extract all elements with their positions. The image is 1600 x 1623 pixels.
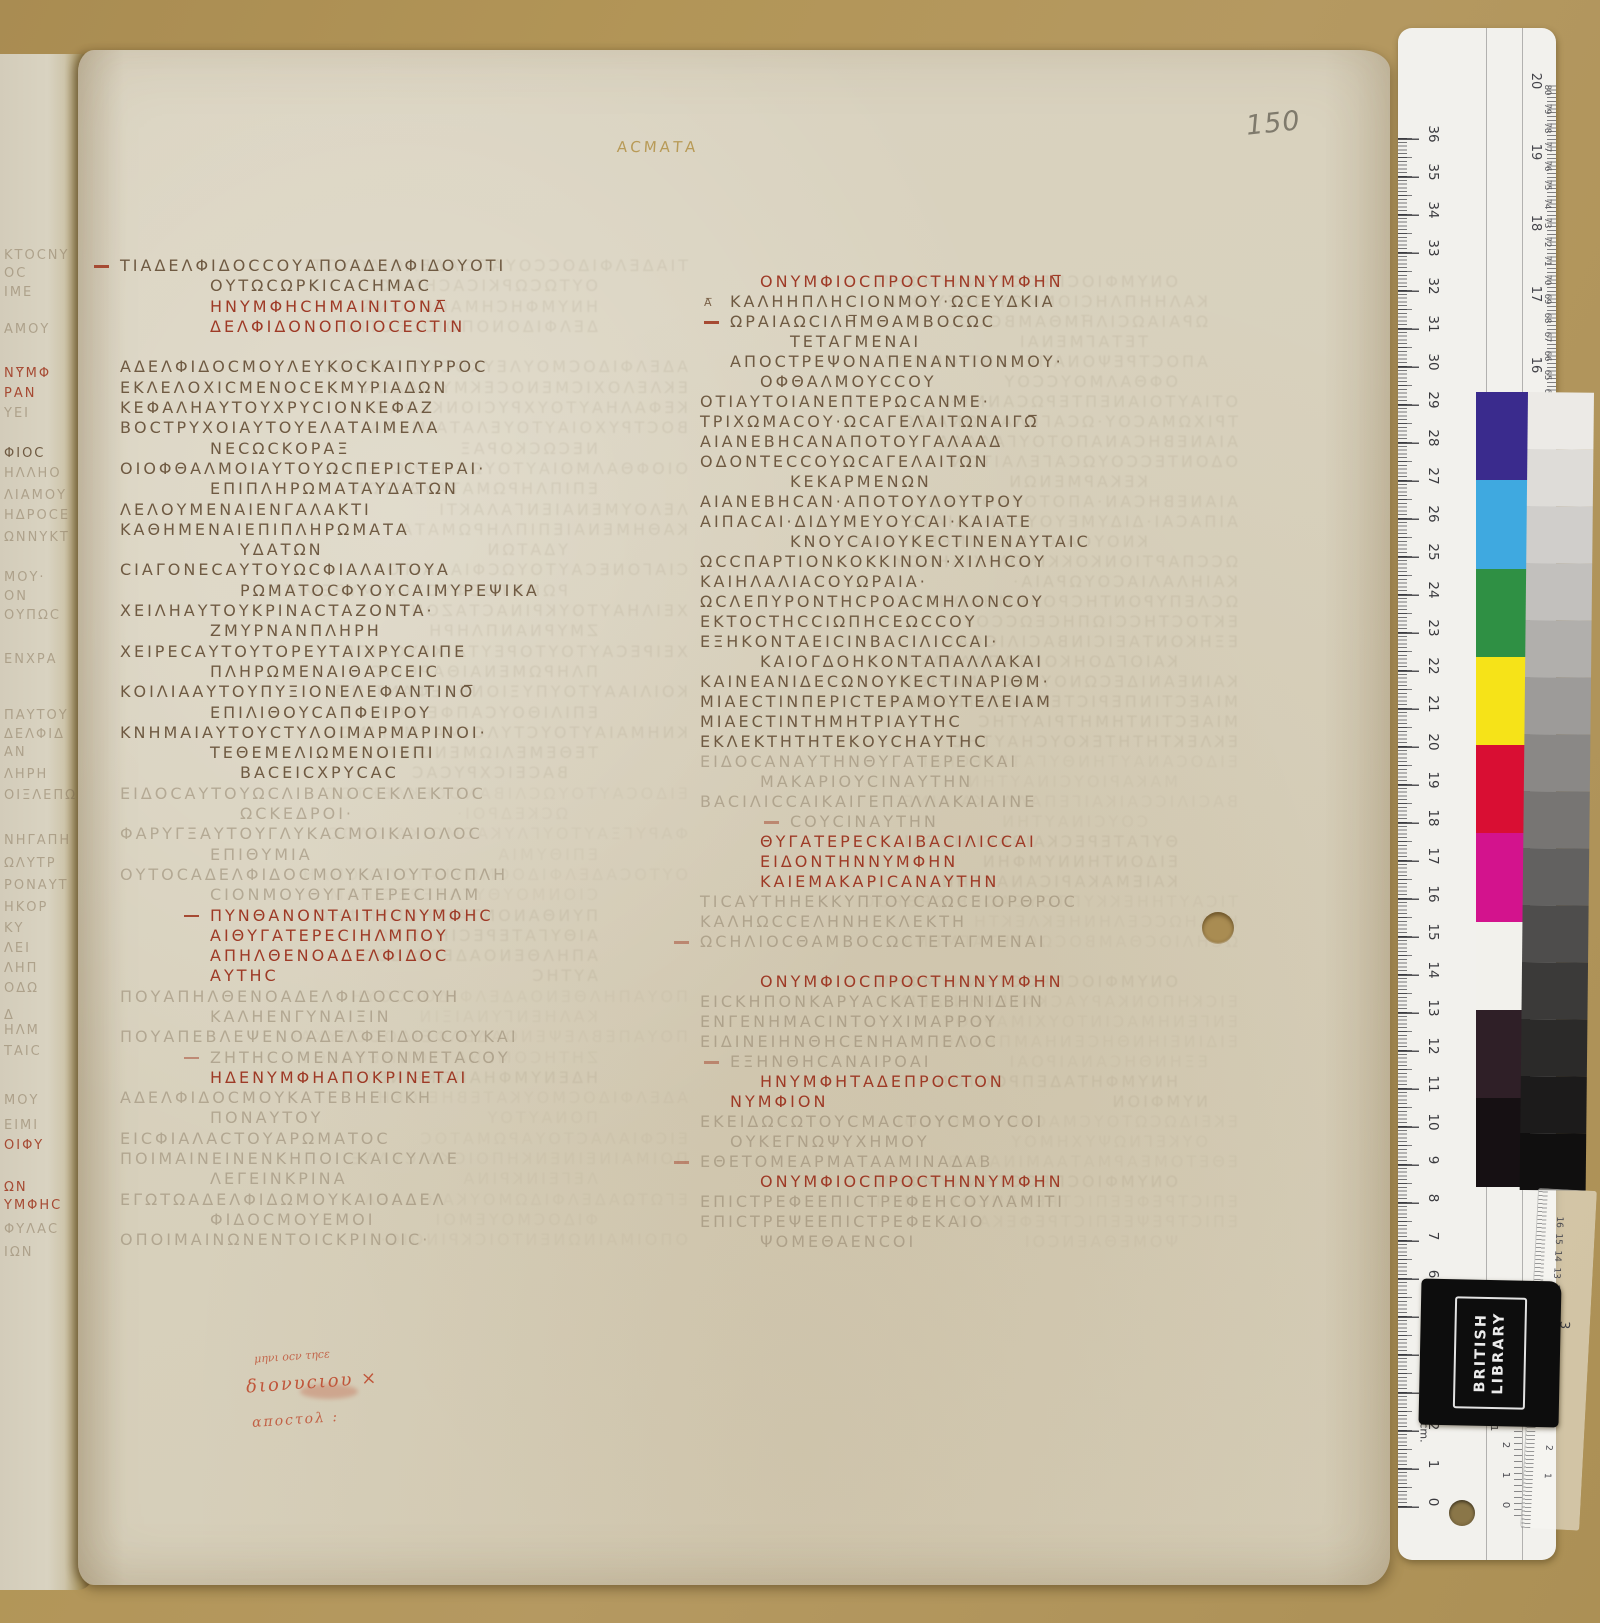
manuscript-line: ΥΔΑΤΩΝ [240,540,680,560]
ruler-fine-number: 65 [1540,368,1554,382]
manuscript-line: ΕΙCΚΗΠΟΝΚΑΡΥΑCΚΑΤΕΒΗΝΙΔΕΙΝ [700,992,1230,1012]
ruler-cm-number: 32 [1426,275,1440,297]
manuscript-line: ΦΑΡΥΓΞΑΥΤΟΥΓΛΥΚΑCΜΟΙΚΑΙΟΛΟC [120,824,680,844]
manuscript-line: ΚΑΛΗΩCCΕΛΗΝΗΕΚΛΕΚΤΗ [700,912,1230,932]
ruler-fine-number: 71 [1540,254,1554,268]
edge-text-fragment: ΩΝΝΥΚΤ [4,530,70,545]
manuscript-line: ΤΙCΑΥΤΗΗΕΚΚΥΠΤΟΥCΑΩCΕΙΟΡΘΡΟC [700,892,1230,912]
ruler-cm-number: 24 [1426,579,1440,601]
manuscript-line: ΟΥΚΕΓΝΩΨΥΧΗΜΟΥ [730,1132,1230,1152]
gray-step [1524,677,1591,735]
ruler-cm-number: 35 [1426,161,1440,183]
paragraphos-mark [184,1057,199,1060]
manuscript-line: ΟΙΟΦΘΑΛΜΟΙΑΥΤΟΥΩCΠΕΡΙCΤΕΡΑΙ· [120,459,680,479]
ruler-cm-number: 36 [1426,123,1440,145]
manuscript-line: ΟΤΙΑΥΤΟΙΑΝΕΠΤΕΡΩCΑΝΜΕ· [700,392,1230,412]
secondary-ruler-number: 2 [1543,1445,1553,1451]
manuscript-line: ΑΙΠΑCΑΙ·ΔΙΔΥΜΕΥΟΥCΑΙ·ΚΑΙΑΤΕ [700,512,1230,532]
manuscript-line: ΟΥΤΟCΑΔΕΛΦΙΔΟCΜΟΥΚΑΙΟΥΤΟCΠΛΗ [120,865,680,885]
edge-text-fragment: ΜΟΥ· [4,570,46,585]
ruler-fine-number: 78 [1540,121,1554,135]
manuscript-line: ΖΜΥΡΝΑΝΠΛΗΡΗ [210,621,680,641]
folio-number: 150 [1245,105,1302,142]
secondary-ruler-number: 16 [1554,1216,1565,1228]
edge-text-fragment: ΝΥ̅ΜΦ [4,366,51,381]
manuscript-line: ΑΠΟCΤΡΕΨΟΝΑΠΕΝΑΝΤΙΟΝΜΟΥ· [730,352,1230,372]
manuscript-line: ΕΠΙΛΙΘΟΥCΑΠΦΕΙΡΟΥ [210,703,680,723]
color-patch [1476,657,1530,745]
manuscript-line: ΑΥΤΗC [210,966,680,986]
manuscript-line: ΕΠΙCΤΡΕΨΕΕΠΙCΤΡΕΦΕΚΑΙΟ [700,1212,1230,1232]
manuscript-line: ΟΥΤΩCΩΡΚΙCΑCΗΜΑC [210,276,680,296]
ruler-fine-number: 70 [1540,273,1554,287]
edge-text-fragment: ΔΕΛΦΙΔ [4,727,65,742]
manuscript-line: ΕΓΩΤΩΑΔΕΛΦΙΔΩΜΟΥΚΑΙΟΑΔΕΛ [120,1190,680,1210]
paragraphos-mark [674,941,689,944]
manuscript-line: ΚΟΙΛΙΑΑΥΤΟΥΠΥΞΙΟΝΕΛΕΦΑΝΤΙΝΟ̅ [120,682,680,702]
manuscript-line: CΙΑΓΟΝΕCΑΥΤΟΥΩCΦΙΑΛΑΙΤΟΥΑ [120,560,680,580]
manuscript-line: ΚΑΘΗΜΕΝΑΙΕΠΙΠΛΗΡΩΜΑΤΑ [120,520,680,540]
edge-text-fragment: ΟΝ [4,589,28,604]
edge-text-fragment: ΕΝΧΡΑ [4,652,58,667]
manuscript-line: ΜΙΑΕCΤΙΝΤΗΜΗΤΡΙΑΥΤΗC [700,712,1230,732]
edge-text-fragment: ΗΛΛΗΟ [4,466,62,481]
manuscript-line: ΩΡΑΙΑΩCΙΛΗ̅ΜΘΑΜΒΟCΩC [730,312,1230,332]
gray-step [1523,848,1590,906]
ruler-cm-number: 8 [1426,1187,1440,1209]
manuscript-line: ΠΟΥΑΠΗΛΘΕΝΟΑΔΕΛΦΙΔΟCCΟΥΗ [120,987,680,1007]
ruler-cm-number: 1 [1426,1453,1440,1475]
manuscript-line: ΑΠΗΛΘΕΝΟΑΔΕΛΦΙΔΟC [210,946,680,966]
edge-text-fragment: ΝΗΓΑΠΗ [4,833,71,848]
ruler-hole [1449,1500,1475,1526]
manuscript-line: COΥCΙΝΑΥΤΗΝ [790,812,1230,832]
gray-step [1524,734,1591,792]
manuscript-line: ΕΙΔΟΝΤΗΝΝΥΜΦΗΝ [760,852,1230,872]
edge-text-fragment: ΦΥΛΑC [4,1222,59,1237]
manuscript-line: ΑΔΕΛΦΙΔΟCΜΟΥΚΑΤΕΒΗΕΙCΚΗ [120,1088,680,1108]
ruler-cm-number: 20 [1426,731,1440,753]
british-library-label: BRITISH LIBRARY [1453,1296,1527,1409]
edge-text-fragment: ΑΝ [4,745,27,760]
ruler-cm-number: 10 [1426,1111,1440,1133]
ruler-righe-number: 0 [1498,1498,1512,1512]
edge-text-fragment: ΚΥ [4,921,24,936]
manuscript-line: ΗΝΥΜΦΗCΗΜΑΙΝΙΤΟΝΑ̅ [210,297,680,317]
manuscript-line: ΩCΛΕΠΥΡΟΝΤΗCΡΟΑCΜΗΛΟΝCΟΥ [700,592,1230,612]
manuscript-line: ΚΝΟΥCΑΙΟΥΚΕCΤΙΝΕΝΑΥΤΑΙC [790,532,1230,552]
running-title: ΑCΜΑΤΑ [616,138,699,156]
manuscript-line: ΚΑΙΗΛΑΛΙΑCΟΥΩΡΑΙΑ· [700,572,1230,592]
manuscript-line: ΟΝΥΜΦΙΟCΠΡΟCΤΗΝΝΥΜΦΗΝ̅ [760,272,1230,292]
color-patch [1476,392,1530,480]
manuscript-line: ΧΕΙΡΕCΑΥΤΟΥΤΟΡΕΥΤΑΙΧΡΥCΑΙΠΕ [120,642,680,662]
edge-text-fragment: ΥΜΦΗC [4,1198,62,1213]
manuscript-line: ΛΕΓΕΙΝΚΡΙΝΑ [210,1169,680,1189]
manuscript-line: ΕΞΗΝΘΗCΑΝΑΙΡΟΑΙ [730,1052,1230,1072]
gray-step [1520,1133,1587,1191]
manuscript-line: ΡΩΜΑΤΟCΦΥΟΥCΑΙΜΥΡΕΨΙΚΑ [240,581,680,601]
manuscript-line: ΠΟΙΜΑΙΝΕΙΝΕΝΚΗΠΟΙCΚΑΙCΥΛΛΕ [120,1149,680,1169]
manuscript-line: ΕΚΤΟCΤΗCCΙΩΠΗCΕΩCCΟΥ [700,612,1230,632]
manuscript-line: ΗΝΥΜΦΗΤΑΔΕΠΡΟCΤΟΝ [760,1072,1230,1092]
manuscript-line: ΩCCΠΑΡΤΙΟΝΚΟΚΚΙΝΟΝ·ΧΙΛΗCΟΥ [700,552,1230,572]
edge-text-fragment: ΟC [4,266,27,281]
edge-text-fragment: ΟΙΞΛΕΠΩ [4,788,77,803]
gray-step [1527,449,1594,507]
manuscript-line: ΕΙΔΟCΑΝΑΥΤΗΝΘΥΓΑΤΕΡΕCΚΑΙ [700,752,1230,772]
ruler-cm-number: 18 [1426,807,1440,829]
manuscript-line: ΛΕΛΟΥΜΕΝΑΙΕΝΓΑΛΑΚΤΙ [120,500,680,520]
gray-step [1522,905,1589,963]
ruler-cm-number: 0 [1426,1491,1440,1513]
manuscript-line: ΚΑΛΗΕΝΓΥΝΑΙΞΙΝ [210,1007,680,1027]
manuscript-line: ΒΟCΤΡΥΧΟΙΑΥΤΟΥΕΛΑΤΑΙΜΕΛΑ [120,418,680,438]
ruler-cm-number: 15 [1426,921,1440,943]
ruler-fine-number: 79 [1540,102,1554,116]
manuscript-line: ΠΟΥΑΠΕΒΛΕΨΕΝΟΑΔΕΛΦΕΙΔΟCCΟΥΚΑΙ [120,1027,680,1047]
manuscript-line: ΝΥΜΦΙΟΝ [730,1092,1230,1112]
paragraphos-mark [704,321,719,324]
edge-text-fragment: ΤΑΙC [4,1044,42,1059]
manuscript-line: ΠΟΝΑΥΤΟΥ [210,1108,680,1128]
manuscript-line: ΑΔΕΛΦΙΔΟCΜΟΥΛΕΥΚΟCΚΑΙΠΥΡΡΟC [120,357,680,377]
manuscript-line: ΠΛΗΡΩΜΕΝΑΙΘΑΡCΕΙC [210,662,680,682]
manuscript-line: ΚΑΙΝΕΑΝΙΔΕCΩΝΟΥΚΕCΤΙΝΑΡΙΘΜ· [700,672,1230,692]
manuscript-line: ΕΠΙΘΥΜΙΑ [210,845,680,865]
manuscript-line: ΑΙΑΝΕΒΗCΑΝΑΠΟΤΟΥΓΑΛΑΑΔ [700,432,1230,452]
ruler-fine-number: 80 [1540,83,1554,97]
ruler-righe-number: 2 [1498,1438,1512,1452]
paragraphos-mark [94,265,109,268]
edge-text-fragment: ΛΗΡΗ [4,767,48,782]
gray-step [1525,620,1592,678]
manuscript-line: ΟΝΥΜΦΙΟCΠΡΟCΤΗΝΝΥΜΦΗΝ [760,972,1230,992]
color-patch [1476,745,1530,833]
manuscript-line: ΕΙCΦΙΑΛΑCΤΟΥΑΡΩΜΑΤΟC [120,1129,680,1149]
edge-text-fragment: ΙΜΕ [4,285,33,300]
manuscript-line: ΕΙΔΟCΑΥΤΟΥΩCΛΙΒΑΝΟCΕΚΛΕΚΤΟC [120,784,680,804]
manuscript-line: ΕΚΛΕΛΟΧΙCΜΕΝΟCΕΚΜΥΡΙΑΔΩΝ [120,378,680,398]
parchment-hole [1202,912,1234,944]
tag-word: LIBRARY [1491,1312,1508,1395]
edge-text-fragment: ΥΕΙ [4,406,30,421]
ruler-fine-number: 68 [1540,311,1554,325]
ruler-fine-number: 77 [1540,140,1554,154]
text-column-left: ΤΙΑΔΕΛΦΙΔΟCCΟΥΑΠΟΑΔΕΛΦΙΔΟΥΟΤΙΟΥΤΩCΩΡΚΙCΑ… [120,256,680,1251]
manuscript-line [120,337,680,357]
edge-text-fragment: ΗΚΟΡ [4,900,48,915]
edge-text-fragment: ΩΝ [4,1180,28,1195]
color-patch [1476,569,1530,657]
manuscript-line: ΒΑCΕΙCΧΡΥCΑC [240,763,680,783]
ruler-cm-number: 21 [1426,693,1440,715]
grayscale-calibration-strip [1520,392,1594,1191]
gray-step [1523,791,1590,849]
ruler-cm-number: 9 [1426,1149,1440,1171]
manuscript-line: ΕΘΕΤΟΜΕΑΡΜΑΤΑΑΜΙΝΑΔΑΒ [700,1152,1230,1172]
secondary-ruler-number: 13 [1551,1267,1562,1279]
ruler-cm-number: 25 [1426,541,1440,563]
ruler-cm-number: 34 [1426,199,1440,221]
manuscript-line: ΕΚΛΕΚΤΗΤΗΤΕΚΟΥCΗΑΥΤΗC [700,732,1230,752]
manuscript-line: CΙΟΝΜΟΥΘΥΓΑΤΕΡΕCΙΗΛΜ [210,885,680,905]
ruler-fine-number: 73 [1540,216,1554,230]
manuscript-line: ΩCΗΛΙΟCΘΑΜΒΟCΩCΤΕΤΑΓΜΕΝΑΙ [700,932,1230,952]
edge-text-fragment: ΠΑΥΤΟΥ [4,708,69,723]
manuscript-line: ΖΗΤΗCΟΜΕΝΑΥΤΟΝΜΕΤΑCΟΥ [210,1048,680,1068]
manuscript-line: ΤΕΘΕΜΕΛΙΩΜΕΝΟΙΕΠΙ [210,743,680,763]
edge-text-fragment: ΟΥΠΩC [4,608,61,623]
manuscript-line: ΒΑCΙΛΙCCΑΙΚΑΙΓΕΠΑΛΛΑΚΑΙΑΙΝΕ [700,792,1230,812]
manuscript-line: ΟΦΘΑΛΜΟΥCCΟΥ [760,372,1230,392]
ruler-cm-number: 22 [1426,655,1440,677]
ruler-righe-number: 1 [1498,1468,1512,1482]
paragraphos-mark [674,1161,689,1164]
manuscript-line: ΚΑΛΗΗΠΛΗCΙΟΝΜΟΥ·ΩCΕΥΔΚΙΑΑ̅ [730,292,1230,312]
ruler-cm-number: 12 [1426,1035,1440,1057]
gray-step [1521,1019,1588,1077]
edge-text-fragment: ΛΕΙ [4,941,31,956]
manuscript-line: ΕΚΕΙΔΩCΩΤΟΥCΜΑCΤΟΥCΜΟΥCΟΙ [700,1112,1230,1132]
edge-text-fragment: ΜΟΥ [4,1093,39,1108]
manuscript-line: ΦΙΔΟCΜΟΥΕΜΟΙ [210,1210,680,1230]
ruler-fine-number: 72 [1540,235,1554,249]
edge-text-fragment: ΡΟΝΑΥΤ [4,878,69,893]
edge-text-fragment: ΑΜΟΥ [4,322,50,337]
ruler-cm-number: 11 [1426,1073,1440,1095]
edge-text-fragment: ΗΛΜ [4,1023,40,1038]
ruler-cm-number: 19 [1426,769,1440,791]
marginal-alpha: Α̅ [704,293,712,313]
manuscript-line: ΕΠΙCΤΡΕΦΕΕΠΙCΤΡΕΦΕΗCΟΥΛΑΜΙΤΙ [700,1192,1230,1212]
paragraphos-mark [704,1061,719,1064]
ruler-cm-number: 26 [1426,503,1440,525]
manuscript-line: ΧΕΙΛΗΑΥΤΟΥΚΡΙΝΑCΤΑΖΟΝΤΑ· [120,601,680,621]
ruler-cm-number: 23 [1426,617,1440,639]
manuscript-line [700,952,1230,972]
manuscript-line: ΝΕCΩCΚΟΡΑΞ [210,439,680,459]
ruler-cm-number: 16 [1426,883,1440,905]
ruler-cm-ticks [1398,137,1419,1508]
tag-word: BRITISH [1473,1313,1490,1393]
ruler-fine-number: 74 [1540,197,1554,211]
ruler-fine-number: 75 [1540,178,1554,192]
manuscript-line: ΚΑΙΟΓΔΟΗΚΟΝΤΑΠΑΛΛΑΚΑΙ [760,652,1230,672]
manuscript-line: ΑΙΘΥΓΑΤΕΡΕCΙΗΛΜΠΟΥ [210,926,680,946]
gray-step [1520,1076,1587,1134]
manuscript-line: ΜΙΑΕCΤΙΝΠΕΡΙCΤΕΡΑΜΟΥΤΕΛΕΙΑΜ [700,692,1230,712]
secondary-ruler-number: 15 [1553,1233,1564,1245]
manuscript-line: ΩCΚΕΔΡΟΙ· [240,804,680,824]
edge-text-fragment: ΛΙΑΜΟΥ [4,488,67,503]
ruler-fine-number: 66 [1540,349,1554,363]
manuscript-line: ΟΔΟΝΤΕCCΟΥΩCΑΓΕΛΑΙΤΩΝ [700,452,1230,472]
ruler-cm-number: 17 [1426,845,1440,867]
manuscript-line: ΕΝΓΕΝΗΜΑCΙΝΤΟΥΧΙΜΑΡΡΟΥ [700,1012,1230,1032]
manuscript-line: ΚΝΗΜΑΙΑΥΤΟΥCΤΥΛΟΙΜΑΡΜΑΡΙΝΟΙ· [120,723,680,743]
manuscript-line: ΗΔΕΝΥΜΦΗΑΠΟΚΡΙΝΕΤΑΙ [210,1068,680,1088]
ruler-cm-number: 33 [1426,237,1440,259]
color-patch [1476,480,1530,568]
manuscript-line: ΟΠΟΙΜΑΙΝΩΝΕΝΤΟΙCΚΡΙΝΟΙC· [120,1230,680,1250]
manuscript-line: ΑΙΑΝΕΒΗCΑΝ·ΑΠΟΤΟΥΛΟΥΤΡΟΥ [700,492,1230,512]
british-library-tag: BRITISH LIBRARY [1418,1279,1561,1428]
manuscript-line: ΔΕΛΦΙΔΟΝΟΠΟΙΟCΕCΤΙΝ [210,317,680,337]
gray-step [1526,506,1593,564]
gray-step [1521,962,1588,1020]
manuscript-line: ΤΡΙΧΩΜΑCΟΥ·ΩCΑΓΕΛΑΙΤΩΝΑΙΓΩ̅ [700,412,1230,432]
secondary-ruler-number: 14 [1552,1250,1563,1262]
edge-text-fragment: ΟΔΩ [4,981,39,996]
edge-text-fragment: ΟΙΦΥ [4,1138,44,1153]
edge-text-fragment: ΚΤΟCΝΥ [4,248,69,263]
ruler-cm-number: 13 [1426,997,1440,1019]
edge-text-fragment: ΙΩΝ [4,1245,34,1260]
manuscript-line: ΕΞΗΚΟΝΤΑΕΙCΙΝΒΑCΙΛΙCCΑΙ· [700,632,1230,652]
manuscript-line: ΚΑΙΕΜΑΚΑΡΙCΑΝΑΥΤΗΝ [760,872,1230,892]
manuscript-line: ΕΠΙΠΛΗΡΩΜΑΤΑΥΔΑΤΩΝ [210,479,680,499]
manuscript-line: ΘΥΓΑΤΕΡΕCΚΑΙΒΑCΙΛΙCCΑΙ [760,832,1230,852]
manuscript-line: ΟΝΥΜΦΙΟCΠΡΟCΤΗΝΝΥΜΦΗΝ [760,1172,1230,1192]
manuscript-page: ΑCΜΑΤΑ 150 ΤΙΑΔΕΛΦΙΔΟCCΟΥΑΠΟΑΔΕΛΦΙΔΟΥΟΤΙ… [78,50,1390,1585]
ruler-cm-number: 29 [1426,389,1440,411]
ruler-cm-number: 27 [1426,465,1440,487]
edge-text-fragment: ΗΔΡΟCΕ [4,508,70,523]
ruler-cm-number: 30 [1426,351,1440,373]
paragraphos-mark [184,915,199,918]
manuscript-line: ΨΟΜΕΘΑΕΝCΟΙ [760,1232,1230,1252]
edge-text-fragment: ΡΑΝ [4,386,36,401]
edge-text-fragment: ΛΗΠ [4,961,38,976]
gray-step [1527,392,1594,450]
manuscript-line: ΤΕΤΑΓΜΕΝΑΙ [790,332,1230,352]
ruler-fine-number: 67 [1540,330,1554,344]
text-column-right: ΟΝΥΜΦΙΟCΠΡΟCΤΗΝΝΥΜΦΗΝ̅ΚΑΛΗΗΠΛΗCΙΟΝΜΟΥ·ΩC… [700,272,1230,1252]
marginal-annotation-line: αποϲτολ : [252,1409,340,1431]
ruler-cm-number: 7 [1426,1225,1440,1247]
manuscript-line: ΠΥΝΘΑΝΟΝΤΑΙΤΗCΝΥΜΦΗC [210,906,680,926]
edge-text-fragment: ΦΙΟC [4,446,45,461]
edge-text-fragment: ΩΛΥΤΡ [4,856,57,871]
manuscript-line: ΚΕΚΑΡΜΕΝΩΝ [790,472,1230,492]
secondary-ruler-number: 1 [1542,1473,1552,1479]
manuscript-line: ΕΙΔΙΝΕΙΗΝΘΗCΕΝΗΑΜΠΕΛΟC [700,1032,1230,1052]
manuscript-line: ΚΕΦΑΛΗΑΥΤΟΥΧΡΥCΙΟΝΚΕΦΑΖ [120,398,680,418]
ruler-cm-number: 28 [1426,427,1440,449]
marginal-annotation-line: μηνι οϲν τηϲε [254,1347,331,1365]
gray-step [1526,563,1593,621]
ruler-cm-number: 31 [1426,313,1440,335]
manuscript-line: ΜΑΚΑΡΙΟΥCΙΝΑΥΤΗΝ [760,772,1230,792]
manuscript-line: ΤΙΑΔΕΛΦΙΔΟCCΟΥΑΠΟΑΔΕΛΦΙΔΟΥΟΤΙ [120,256,680,276]
edge-text-fragment: ΕΙΜΙ [4,1118,39,1133]
ruler-fine-number: 69 [1540,292,1554,306]
edge-text-fragment: Δ [4,1008,15,1023]
ruler-cm-number: 14 [1426,959,1440,981]
paragraphos-mark [764,821,779,824]
ruler-fine-number: 76 [1540,159,1554,173]
